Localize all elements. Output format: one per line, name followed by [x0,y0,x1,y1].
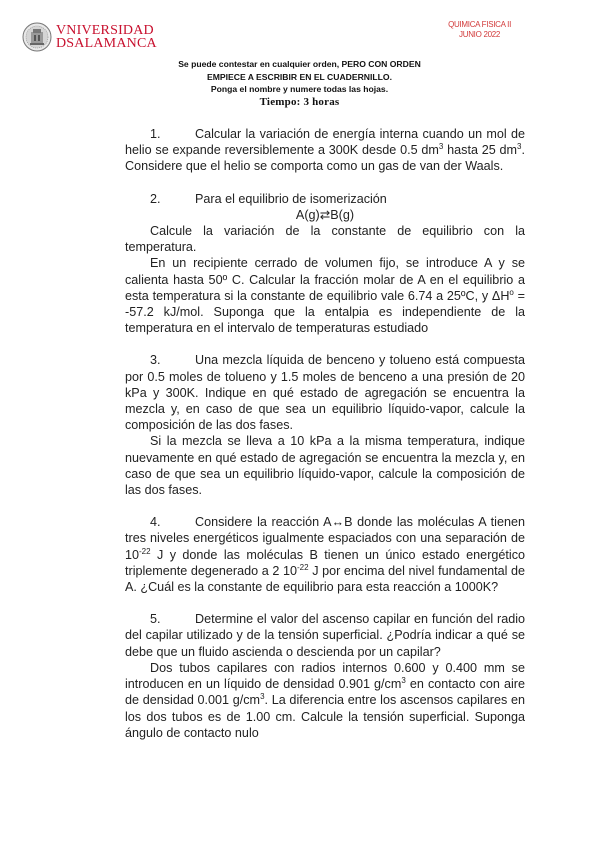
exam-duration: Tiempo: 3 horas [0,96,599,109]
question-2-intro: 2.Para el equilibrio de isomerización [125,191,525,207]
course-info: QUIMICA FISICA II JUNIO 2022 [448,20,511,40]
superscript: -22 [297,563,309,572]
question-2-part-b: En un recipiente cerrado de volumen fijo… [125,255,525,336]
question-5: 5.Determine el valor del ascenso capilar… [125,611,525,741]
text-segment: Para el equilibrio de isomerización [195,192,387,206]
instruction-line-2: EMPIECE A ESCRIBIR EN EL CUADERNILLO. [0,71,599,84]
question-list: 1.Calcular la variación de energía inter… [125,126,525,757]
question-5-part-b: Dos tubos capilares con radios internos … [125,660,525,741]
text-segment: En un recipiente cerrado de volumen fijo… [125,256,525,302]
question-5-part-a: 5.Determine el valor del ascenso capilar… [125,611,525,660]
question-number: 3. [150,352,195,368]
university-seal-icon [22,22,52,52]
exam-date: JUNIO 2022 [448,30,511,40]
isomerization-equation: A(g)⇄B(g) [125,207,525,223]
question-4-text: 4.Considere la reacción A↔B donde las mo… [125,514,525,595]
question-1-text: 1.Calcular la variación de energía inter… [125,126,525,175]
question-1: 1.Calcular la variación de energía inter… [125,126,525,175]
instruction-line-3: Ponga el nombre y numere todas las hojas… [0,83,599,96]
question-3-part-a: 3.Una mezcla líquida de benceno y toluen… [125,352,525,433]
course-subject: QUIMICA FISICA II [448,20,511,30]
instruction-line-1: Se puede contestar en cualquier orden, P… [0,58,599,71]
question-4: 4.Considere la reacción A↔B donde las mo… [125,514,525,595]
question-number: 4. [150,514,195,530]
university-name-line2: DSALAMANCA [56,37,157,50]
exam-instructions: Se puede contestar en cualquier orden, P… [0,58,599,109]
text-segment: hasta 25 dm [443,143,517,157]
question-2: 2.Para el equilibrio de isomerización A(… [125,191,525,337]
superscript: -22 [139,547,151,556]
university-name: VNIVERSIDAD DSALAMANCA [56,24,157,50]
question-3-part-b: Si la mezcla se lleva a 10 kPa a la mism… [125,433,525,498]
question-2-part-a: Calcule la variación de la constante de … [125,223,525,255]
question-3: 3.Una mezcla líquida de benceno y toluen… [125,352,525,498]
question-number: 1. [150,126,195,142]
university-logo: VNIVERSIDAD DSALAMANCA [22,22,157,52]
exam-page: VNIVERSIDAD DSALAMANCA QUIMICA FISICA II… [0,0,599,848]
question-number: 2. [150,191,195,207]
question-number: 5. [150,611,195,627]
